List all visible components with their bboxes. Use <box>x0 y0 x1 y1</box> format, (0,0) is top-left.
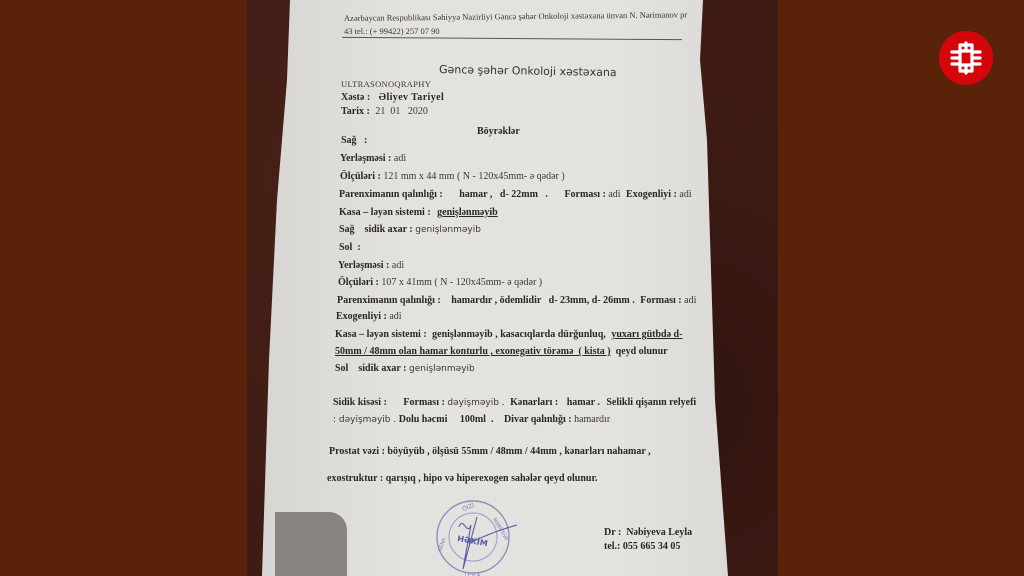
left-parenchyma-label: Parenximanın qalınlığı : <box>337 295 441 306</box>
right-parenchyma-label: Parenximanın qalınlığı : <box>339 189 443 200</box>
left-echo-row: Exogenliyi : adi <box>336 312 402 322</box>
bladder-wall-value: hamardır <box>574 414 610 425</box>
bladder-form-label: Forması : <box>403 397 444 408</box>
left-echo-label: Exogenliyi : <box>336 311 387 322</box>
doctor-stamp-icon: QIZI NƏBİYEVA LEYLA GENA HƏKİM <box>433 497 517 576</box>
prostate-line-1: Prostat vəzi : böyüyüb , ölşüsü 55mm / 4… <box>329 447 651 457</box>
date-value: 21 01 2020 <box>375 106 428 117</box>
header-divider <box>342 37 682 40</box>
right-form-label: Forması : <box>564 189 605 200</box>
right-ureter-value: genişlənməyib <box>415 225 481 235</box>
right-form-value: adi <box>608 189 620 200</box>
doctor-phone: tel.: 055 665 34 05 <box>604 542 680 552</box>
left-pelvis-noted: qeyd olunur <box>613 346 667 357</box>
left-size-label: Ölçüləri : <box>338 277 379 288</box>
right-ureter-label: Sağ sidik axar : <box>339 224 413 235</box>
header-line-2: 43 tel.: (+ 99422) 257 07 90 <box>344 27 440 36</box>
right-size-value: 121 mm x 44 mm ( N - 120x45mm- ə qədər ) <box>383 171 564 182</box>
svg-text:GENA: GENA <box>437 537 448 553</box>
left-form-value: adi <box>684 295 696 306</box>
svg-text:NƏBİYEVA: NƏBİYEVA <box>491 517 510 543</box>
right-echo-label: Exogenliyi : <box>626 189 677 200</box>
left-parenchyma-value: hamardır , ödemlidir d- 23mm, d- 26mm . <box>451 295 635 306</box>
right-echo-value: adi <box>679 189 691 200</box>
doctor-name: Dr : Nəbiyeva Leyla <box>604 528 692 538</box>
bladder-edges-label: Kənarları : <box>510 397 558 408</box>
right-parenchyma-row: Parenximanın qalınlığı : hamar , d- 22mm… <box>339 190 692 200</box>
left-kidney-heading: Sol : <box>339 243 361 253</box>
bladder-row-1: Sidik kisəsi : Forması : dəyişməyib . Kə… <box>333 398 696 408</box>
right-pelvis-value: genişlənməyib <box>437 207 498 218</box>
left-parenchyma-row: Parenximanın qalınlığı : hamardır , ödem… <box>337 296 696 306</box>
left-ureter-label: Sol sidik axar : <box>335 363 407 374</box>
exam-type: ULTRASONOQRAPHY <box>341 80 431 89</box>
right-kidney-heading: Sağ : <box>341 136 367 146</box>
date-label: Tarix : <box>341 106 370 117</box>
section-kidneys: Böyrəklər <box>477 127 520 137</box>
right-pelvis-row: Kasa – ləyən sistemi : genişlənməyib <box>339 208 498 218</box>
right-location-value: adi <box>394 153 406 164</box>
bladder-wall-label: Divar qalınlığı : <box>504 414 572 425</box>
right-size-label: Ölçüləri : <box>340 171 381 182</box>
prostate-line-2: exostruktur : qarışıq , hipo və hiperexo… <box>327 474 598 484</box>
bladder-volume-value: 100ml . <box>460 414 494 425</box>
ultrasound-report: Azərbaycan Respublikası Səhiyyə Nazirliy… <box>247 0 778 576</box>
left-location-row: Yerləşməsi : adi <box>338 261 404 271</box>
left-pelvis-row-2: 50mm / 48mm olan hamar konturlu , exoneg… <box>335 347 668 357</box>
left-size-value: 107 x 41mm ( N - 120x45mm- ə qədər ) <box>381 277 542 288</box>
left-size-row: Ölçüləri : 107 x 41mm ( N - 120x45mm- ə … <box>338 278 542 288</box>
left-form-label: Forması : <box>640 295 681 306</box>
right-size-row: Ölçüləri : 121 mm x 44 mm ( N - 120x45mm… <box>340 172 565 182</box>
svg-text:HƏKİM: HƏKİM <box>457 533 489 548</box>
document-photo: Azərbaycan Respublikası Səhiyyə Nazirliy… <box>247 0 778 576</box>
right-location-label: Yerləşməsi : <box>340 153 391 164</box>
bladder-mucosa-label: Selikli qişanın relyefi <box>606 397 696 408</box>
patient-name: Əliyev Tariyel <box>379 92 445 103</box>
left-ureter-value: genişlənməyib <box>409 364 475 374</box>
left-pelvis-row-1: Kasa – ləyən sistemi : genişlənməyib , k… <box>335 330 682 340</box>
left-ureter-row: Sol sidik axar : genişlənməyib <box>335 364 475 374</box>
left-pelvis-value: genişlənməyib , kasacıqlarda dürğunluq, <box>432 329 606 340</box>
right-location-row: Yerləşməsi : adi <box>340 154 406 164</box>
patient-row: Xəstə : Əliyev Tariyel <box>341 93 444 103</box>
channel-logo-icon <box>939 31 993 85</box>
svg-text:QIZI: QIZI <box>461 502 475 513</box>
left-location-value: adi <box>392 260 404 271</box>
right-ureter-row: Sağ sidik axar : genişlənməyib <box>339 225 481 235</box>
bladder-edges-value: hamar . <box>567 397 600 408</box>
bladder-form-value: dəyişməyib . <box>447 398 504 408</box>
bladder-label: Sidik kisəsi : <box>333 397 387 408</box>
bladder-mucosa-value: : dəyişməyib . <box>333 415 396 425</box>
left-echo-value: adi <box>389 311 401 322</box>
date-row: Tarix : 21 01 2020 <box>341 107 428 117</box>
right-pelvis-label: Kasa – ləyən sistemi : <box>339 207 431 218</box>
patient-label: Xəstə : <box>341 92 370 103</box>
left-pelvis-cyst-detail: 50mm / 48mm olan hamar konturlu , exoneg… <box>335 346 611 357</box>
bladder-row-2: : dəyişməyib . Dolu həcmi 100ml . Divar … <box>333 415 610 425</box>
left-pelvis-cyst-finding: yuxarı gütbdə d- <box>611 329 682 340</box>
left-location-label: Yerləşməsi : <box>338 260 389 271</box>
left-pelvis-label: Kasa – ləyən sistemi : <box>335 329 427 340</box>
right-parenchyma-value: hamar , d- 22mm . <box>459 189 548 200</box>
hospital-title: Gəncə şəhər Onkoloji xəstəxana <box>439 64 617 78</box>
bladder-volume-label: Dolu həcmi <box>399 414 448 425</box>
header-line-1: Azərbaycan Respublikası Səhiyyə Nazirliy… <box>344 10 687 22</box>
